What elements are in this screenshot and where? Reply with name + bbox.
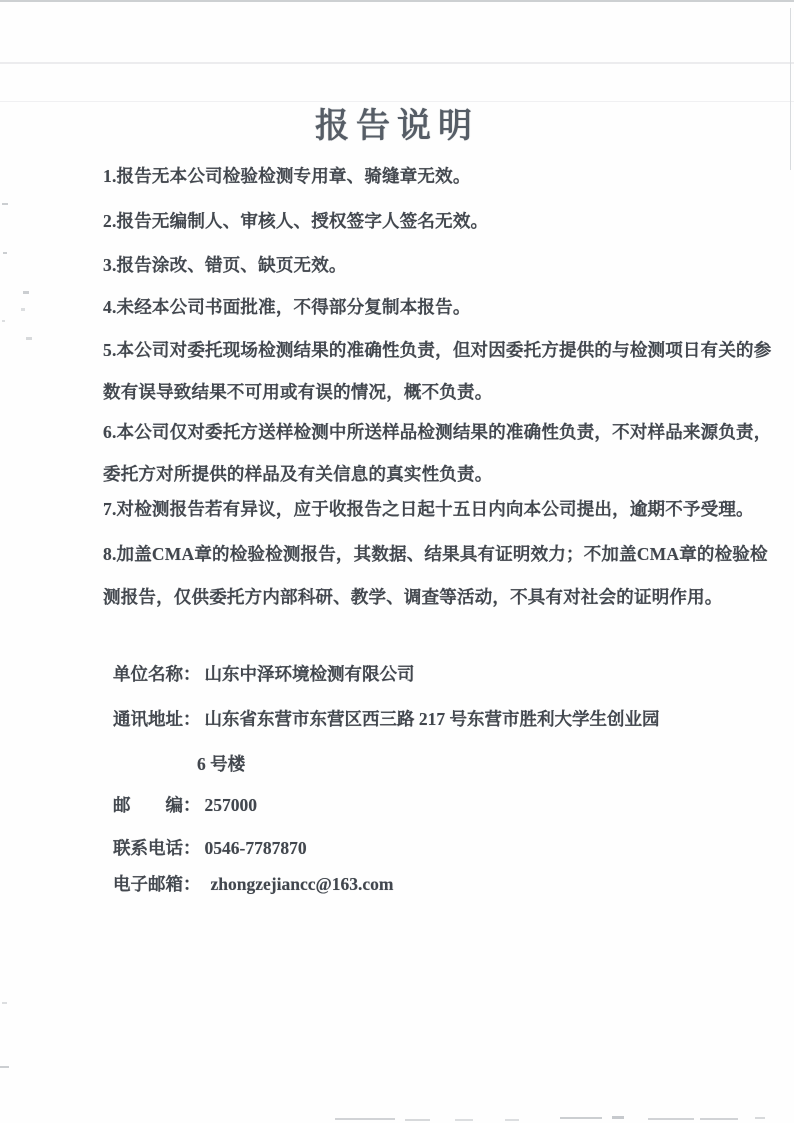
note-line: 数有误导致结果不可用或有误的情况，概不负责。 xyxy=(103,379,492,404)
scan-artifact xyxy=(23,291,29,294)
scan-artifact xyxy=(2,320,5,322)
scan-artifact xyxy=(0,62,794,64)
phone-label: 联系电话： xyxy=(113,838,201,858)
note-line: 委托方对所提供的样品及有关信息的真实性负责。 xyxy=(103,461,492,486)
email-value: zhongzejiancc@163.com xyxy=(211,874,394,894)
scan-artifact xyxy=(455,1119,473,1121)
scan-artifact xyxy=(405,1119,430,1121)
address-value-line2: 6 号楼 xyxy=(197,754,245,774)
scan-artifact xyxy=(612,1116,624,1119)
contact-row-company: 单位名称：山东中泽环境检测有限公司 xyxy=(113,661,415,686)
page-title: 报告说明 xyxy=(0,98,794,147)
note-line: 7.对检测报告若有异议，应于收报告之日起十五日内向本公司提出，逾期不予受理。 xyxy=(103,496,754,521)
report-notes-page: 报告说明 1.报告无本公司检验检测专用章、骑缝章无效。 2.报告无编制人、审核人… xyxy=(0,0,794,1123)
address-label: 通讯地址： xyxy=(113,709,201,729)
scan-artifact xyxy=(335,1118,395,1120)
contact-row-postcode: 邮 编：257000 xyxy=(113,792,257,817)
email-label: 电子邮箱： xyxy=(113,874,201,894)
address-value-line1: 山东省东营市东营区西三路 217 号东营市胜利大学生创业园 xyxy=(205,709,660,729)
contact-row-address-cont: 6 号楼 xyxy=(113,751,245,776)
contact-row-phone: 联系电话：0546-7787870 xyxy=(113,835,307,860)
scan-artifact xyxy=(2,1002,7,1004)
company-name-value: 山东中泽环境检测有限公司 xyxy=(205,664,415,684)
scan-artifact xyxy=(648,1118,694,1120)
scan-artifact xyxy=(755,1117,765,1119)
note-line: 6.本公司仅对委托方送样检测中所送样品检测结果的准确性负责，不对样品来源负责， xyxy=(103,419,771,444)
note-line: 4.未经本公司书面批准，不得部分复制本报告。 xyxy=(103,294,471,319)
scan-artifact xyxy=(2,203,8,205)
phone-value: 0546-7787870 xyxy=(205,838,307,858)
scan-artifact xyxy=(700,1118,738,1120)
scan-artifact xyxy=(0,0,794,2)
scan-artifact xyxy=(21,308,25,311)
note-line: 3.报告涂改、错页、缺页无效。 xyxy=(103,252,347,277)
note-line: 2.报告无编制人、审核人、授权签字人签名无效。 xyxy=(103,208,488,233)
contact-row-email: 电子邮箱：zhongzejiancc@163.com xyxy=(113,871,393,896)
company-name-label: 单位名称： xyxy=(113,664,201,684)
note-line: 1.报告无本公司检验检测专用章、骑缝章无效。 xyxy=(103,163,471,188)
scan-artifact xyxy=(505,1119,519,1121)
contact-row-address: 通讯地址：山东省东营市东营区西三路 217 号东营市胜利大学生创业园 xyxy=(113,706,660,731)
postcode-label: 邮 编： xyxy=(113,795,201,815)
scan-artifact xyxy=(3,252,7,254)
postcode-value: 257000 xyxy=(205,795,258,815)
note-line: 8.加盖CMA章的检验检测报告，其数据、结果具有证明效力；不加盖CMA章的检验检 xyxy=(103,541,768,566)
note-line: 测报告，仅供委托方内部科研、教学、调查等活动，不具有对社会的证明作用。 xyxy=(103,584,723,609)
scan-artifact xyxy=(26,337,32,340)
scan-artifact xyxy=(560,1117,602,1119)
note-line: 5.本公司对委托现场检测结果的准确性负责，但对因委托方提供的与检测项日有关的参 xyxy=(103,337,771,362)
scan-artifact xyxy=(0,1066,9,1068)
